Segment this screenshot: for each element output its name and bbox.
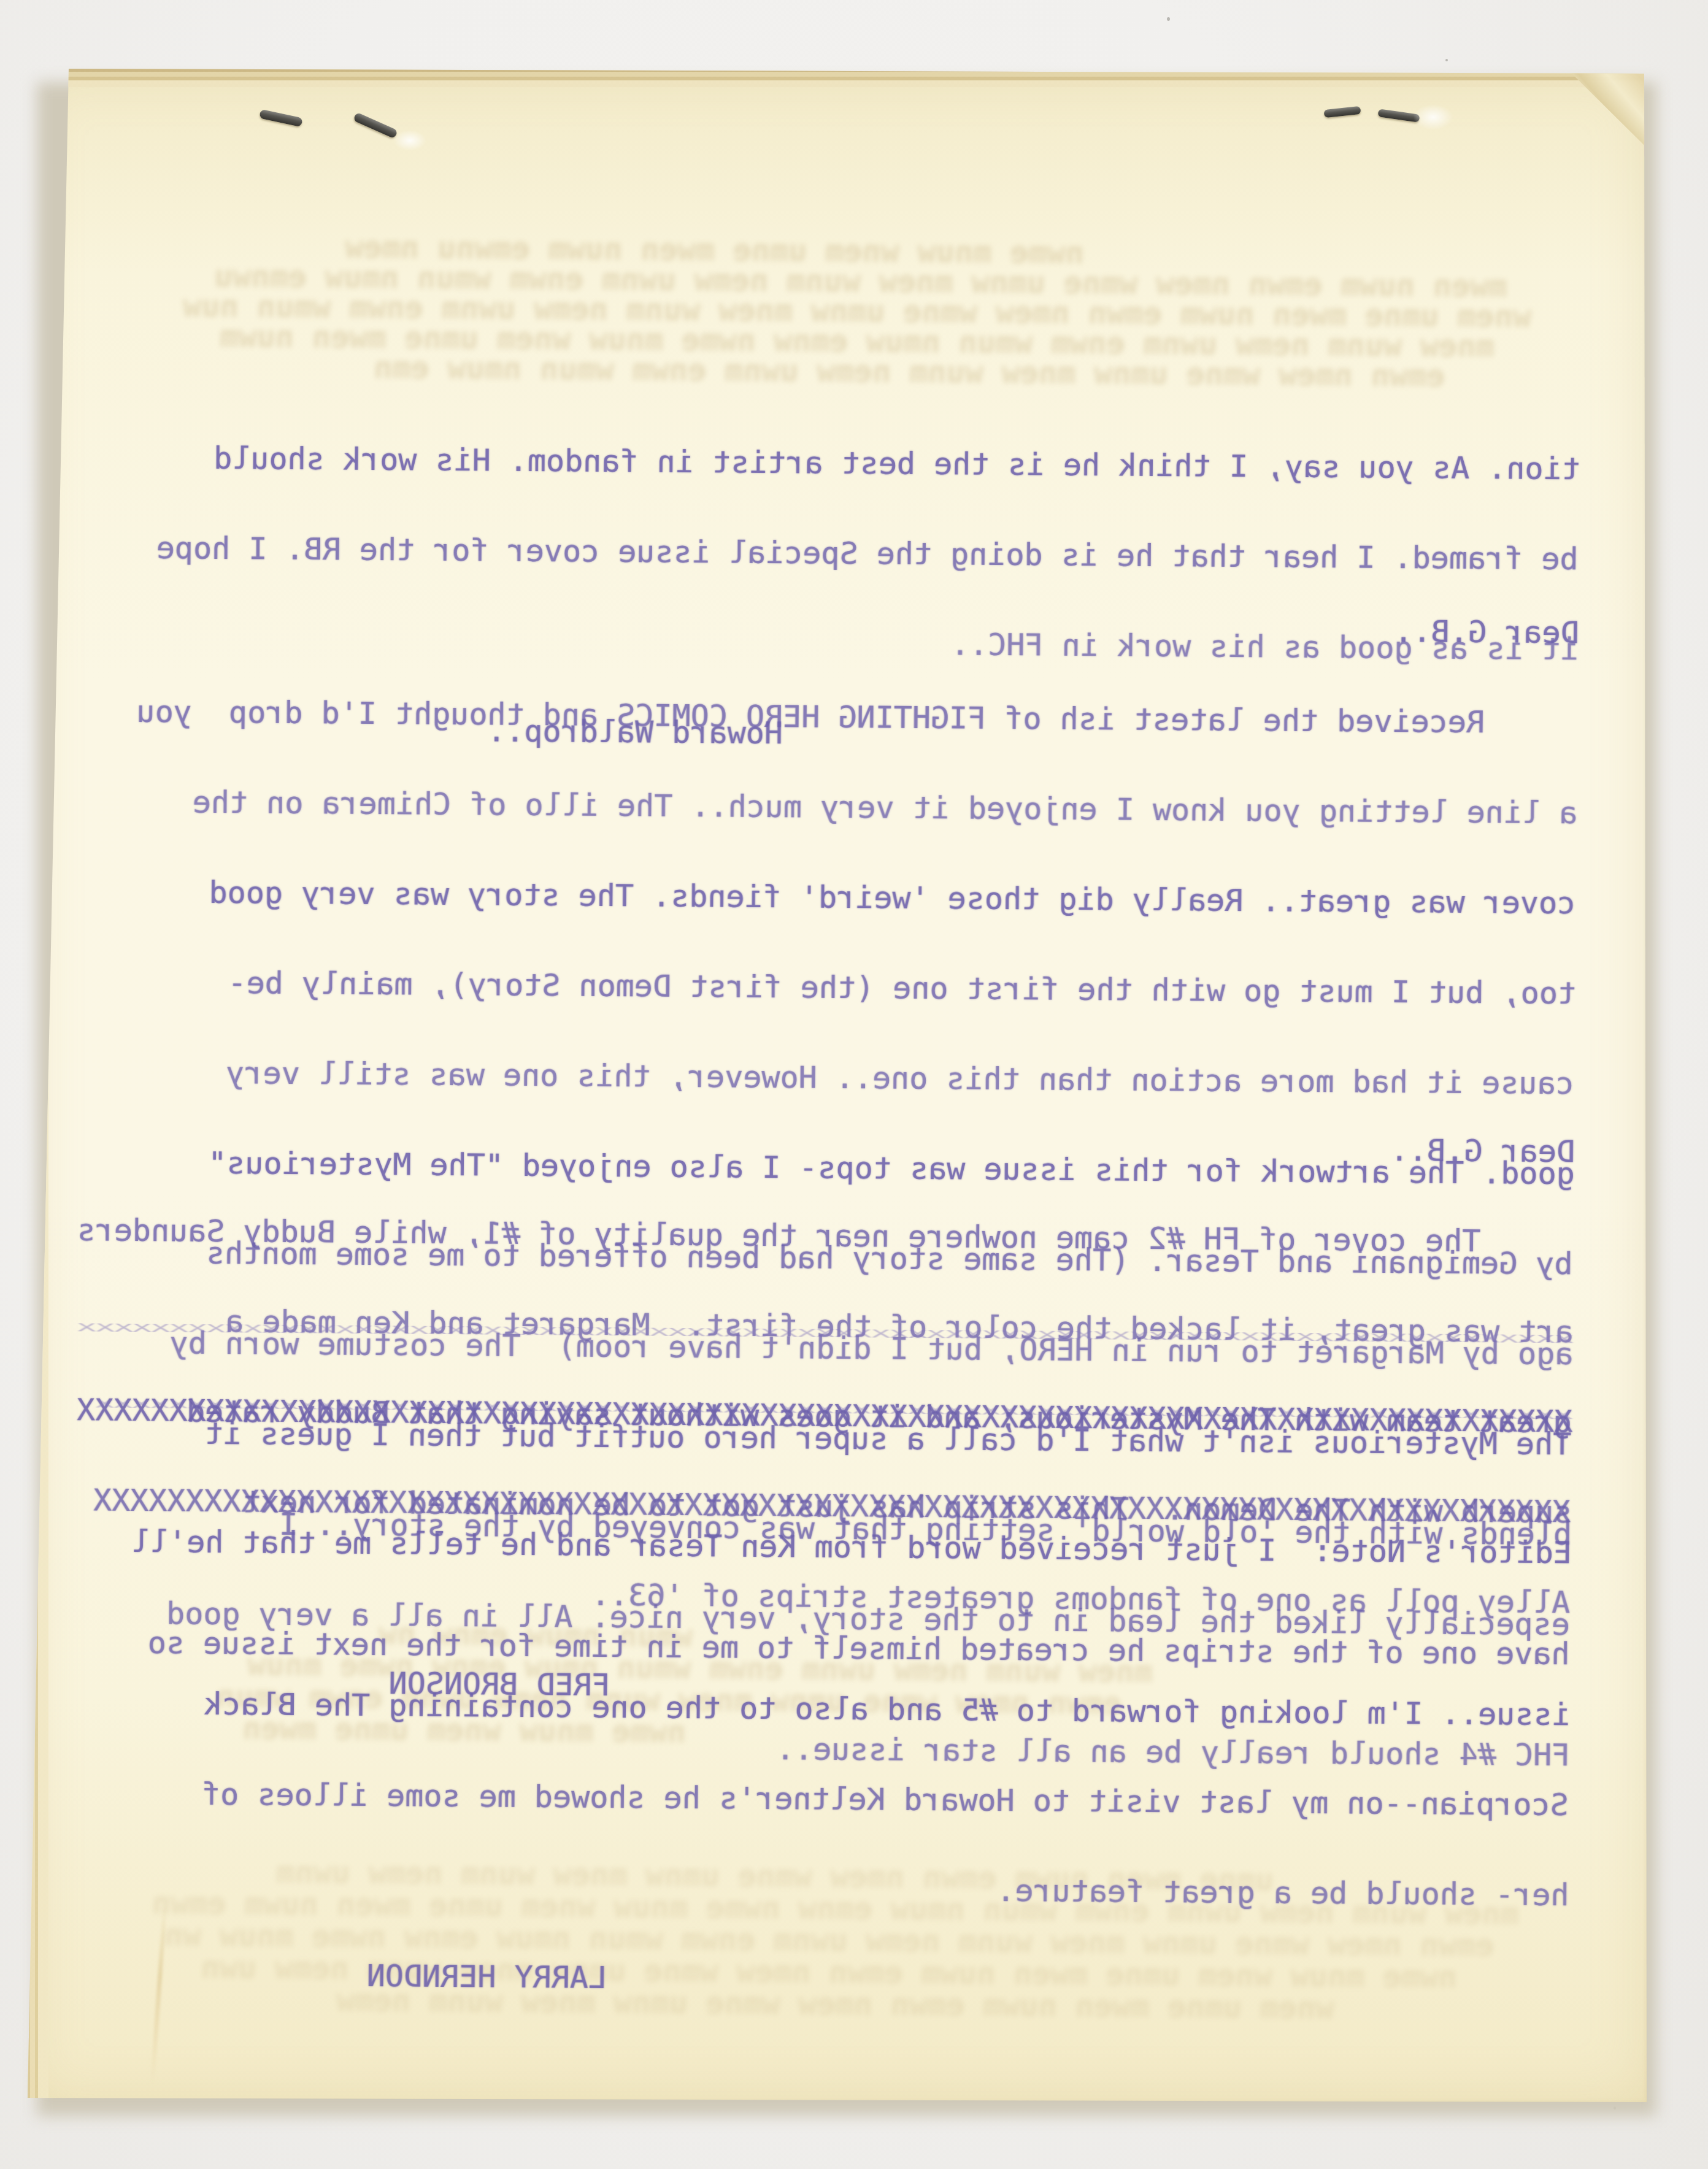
- salutation-dear-gb: Dear G.B..: [27, 1125, 1575, 1167]
- dust-speck: [1167, 17, 1170, 21]
- editors-note: Editor's Note: I just received word from…: [21, 1457, 1645, 1841]
- mirrored-bleedthrough-layer: nwme mnuw wnem umne mwen nuwm emwnu nmew…: [20, 63, 1656, 2111]
- typed-line: The cover of FH #2 came nowhere near the…: [25, 1215, 1573, 1257]
- typed-line: too, but I must go with the first one (t…: [28, 967, 1576, 1009]
- typed-line: have one of the strips he created himsel…: [22, 1626, 1570, 1672]
- typed-line: Editor's Note: I just received word from…: [24, 1524, 1572, 1570]
- typed-line: a line letting you know I enjoyed it ver…: [29, 786, 1577, 829]
- typed-line: cover was great.. Really dig those 'weir…: [28, 877, 1575, 919]
- typed-line: her- should be a great feature.: [21, 1868, 1569, 1911]
- salutation-dear-gb: Dear G.B..: [31, 606, 1579, 648]
- dust-speck: [1445, 59, 1448, 61]
- scanner-background: nwme mnuw wnem umne mwen nuwm emwnu nmew…: [0, 0, 1708, 2169]
- typed-line: Received the latest ish of FIGHTING HERO…: [29, 696, 1577, 739]
- signature-larry-herndon: LARRY HERNDON: [19, 1959, 1567, 2001]
- staple-dent-highlight: [393, 130, 426, 151]
- staple-dent-highlight: [1413, 104, 1453, 130]
- typed-line: tion. As you say, I think he is the best…: [33, 442, 1580, 485]
- typed-text-tilt-layer: nwme mnuw wnem umne mwen nuwm emwnu nmew…: [20, 63, 1656, 2111]
- typed-line: FHC #4 should really be an all star issu…: [22, 1727, 1570, 1773]
- document-sheet: nwme mnuw wnem umne mwen nuwm emwnu nmew…: [28, 69, 1648, 2104]
